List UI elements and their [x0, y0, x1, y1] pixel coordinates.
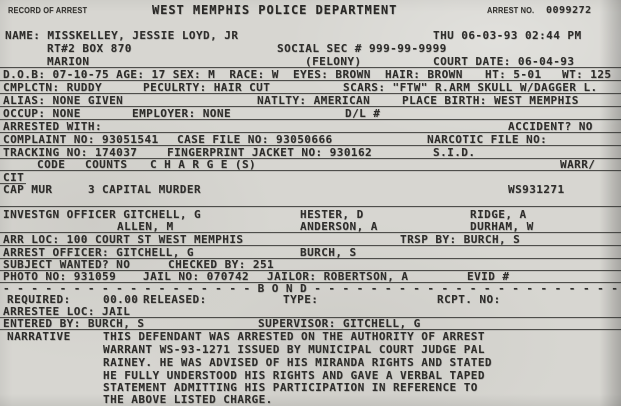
narrative-line: WARRANT WS-93-1271 ISSUED BY MUNICIPAL C…	[103, 344, 485, 356]
warrant-no-value: WS931271	[508, 184, 565, 196]
arrest-no-label: ARREST NO.	[487, 6, 534, 15]
record-of-arrest-label: RECORD OF ARREST	[8, 6, 87, 15]
charge-description: CAPITAL MURDER	[102, 184, 201, 196]
arrest-datetime: THU 06-03-93 02:44 PM	[433, 30, 582, 42]
ssn-field: SOCIAL SEC # 999-99-9999	[277, 43, 447, 55]
narrative-line: THE ABOVE LISTED CHARGE.	[103, 394, 273, 406]
field-underline	[0, 106, 621, 107]
narrative-label: NARRATIVE	[7, 331, 71, 343]
narrative-line: THIS DEFENDANT WAS ARRESTED ON THE AUTHO…	[103, 331, 485, 343]
bond-released-label: RELEASED:	[143, 294, 207, 306]
charge-code-value: CAP MUR	[3, 184, 53, 196]
department-title: WEST MEMPHIS POLICE DEPARTMENT	[152, 4, 397, 17]
name-field: NAME: MISSKELLEY, JESSIE LOYD, JR	[5, 30, 238, 42]
narrative-line: RAINEY. HE WAS ADVISED OF HIS MIRANDA RI…	[103, 357, 492, 369]
arrest-no-value: 0099272	[546, 5, 592, 16]
charge-counts-value: 3	[88, 184, 95, 196]
address-line: RT#2 BOX 870	[47, 43, 132, 55]
field-underline	[0, 170, 621, 171]
section-divider-line	[0, 206, 621, 207]
bond-receipt-label: RCPT. NO:	[437, 294, 501, 306]
bond-type-label: TYPE:	[283, 294, 318, 306]
arrest-record-document: RECORD OF ARREST WEST MEMPHIS POLICE DEP…	[0, 0, 621, 406]
